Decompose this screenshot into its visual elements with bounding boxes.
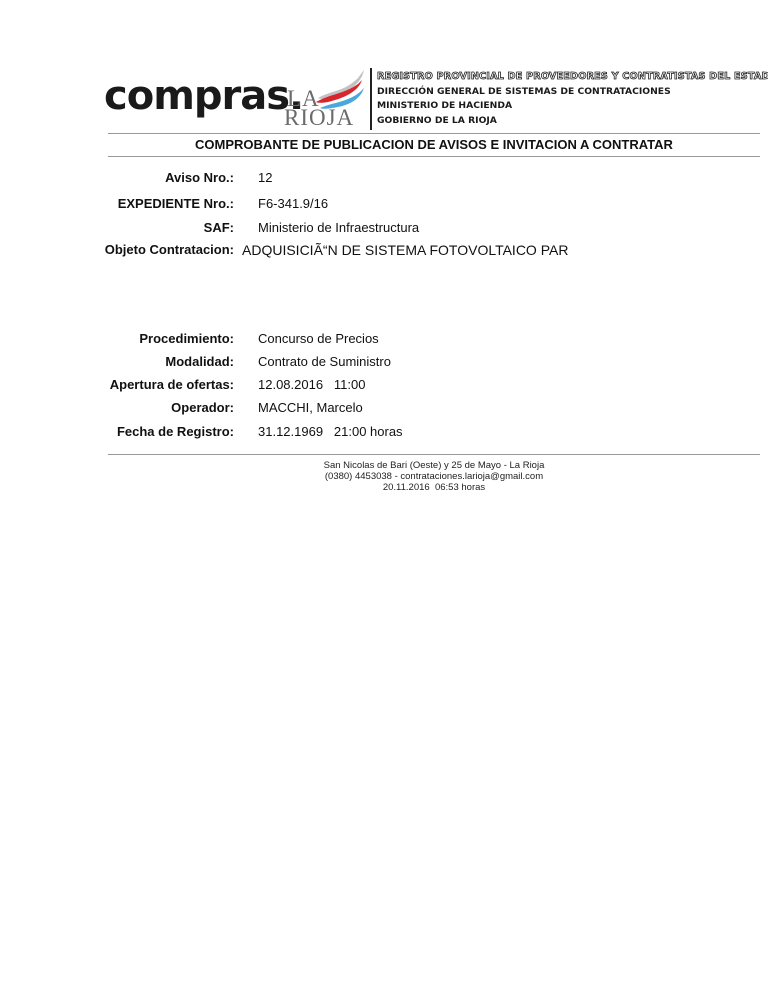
ministry-name: MINISTERIO DE HACIENDA	[377, 99, 768, 114]
field-value: 12	[258, 170, 272, 186]
field-value: 12.08.2016 11:00	[258, 377, 365, 393]
title-rule-bottom	[108, 156, 760, 157]
field-value: Concurso de Precios	[258, 331, 379, 347]
field-label: Objeto Contratacion:	[94, 242, 234, 258]
field-value: F6-341.9/16	[258, 196, 328, 212]
field-value: ADQUISICIÃ“N DE SISTEMA FOTOVOLTAICO PAR	[242, 242, 568, 258]
field-label: Procedimiento:	[100, 331, 234, 347]
field-label: Fecha de Registro:	[100, 424, 234, 440]
field-label: Operador:	[100, 400, 234, 416]
title-rule-top	[108, 133, 760, 134]
field-value: MACCHI, Marcelo	[258, 400, 363, 416]
field-label: Apertura de ofertas:	[100, 377, 234, 393]
field-label: Modalidad:	[100, 354, 234, 370]
footer-printed-timestamp: 20.11.2016 06:53 horas	[108, 482, 760, 493]
organization-lines: REGISTRO PROVINCIAL DE PROVEEDORES Y CON…	[377, 70, 768, 128]
footer: San Nicolas de Bari (Oeste) y 25 de Mayo…	[108, 460, 760, 493]
field-label: Aviso Nro.:	[100, 170, 234, 186]
compras-logo-text: compras.	[104, 76, 303, 116]
government-name: GOBIERNO DE LA RIOJA	[377, 114, 768, 129]
field-value: Contrato de Suministro	[258, 354, 391, 370]
letterhead: compras. LA RIOJA REGISTRO PROVINCIAL DE…	[104, 66, 768, 132]
header-divider	[370, 68, 372, 130]
field-label: SAF:	[100, 220, 234, 236]
field-value: 31.12.1969 21:00 horas	[258, 424, 403, 440]
footer-contact: (0380) 4453038 - contrataciones.larioja@…	[108, 471, 760, 482]
directorate-name: DIRECCIÓN GENERAL DE SISTEMAS DE CONTRAT…	[377, 85, 768, 100]
document-title: COMPROBANTE DE PUBLICACION DE AVISOS E I…	[108, 138, 760, 152]
footer-rule	[108, 454, 760, 455]
footer-address: San Nicolas de Bari (Oeste) y 25 de Mayo…	[108, 460, 760, 471]
field-label: EXPEDIENTE Nro.:	[100, 196, 234, 212]
flag-swoosh-icon	[314, 68, 372, 112]
registry-name: REGISTRO PROVINCIAL DE PROVEEDORES Y CON…	[377, 70, 768, 85]
field-value: Ministerio de Infraestructura	[258, 220, 419, 236]
